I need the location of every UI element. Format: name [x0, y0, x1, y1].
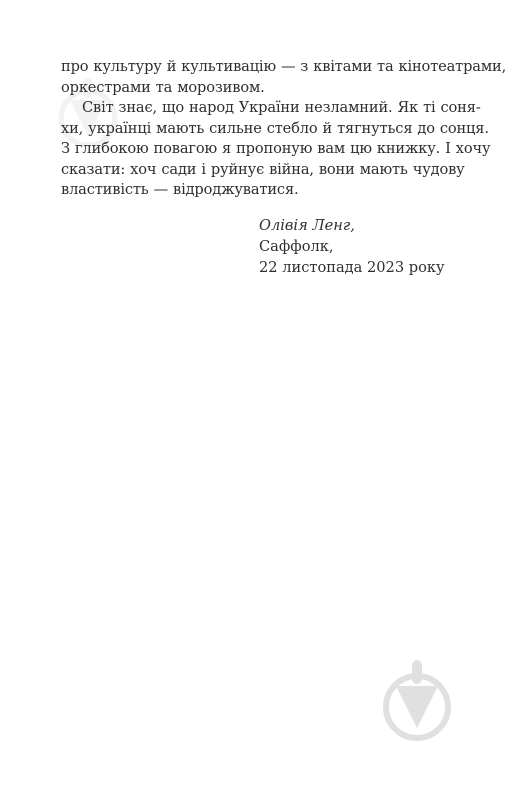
signature-date: 22 листопада 2023 року: [259, 257, 445, 278]
text-line: сказати: хоч сади і руйнує війна, вони м…: [61, 160, 437, 181]
text-line: хи, українці мають сильне стебло й тягну…: [61, 119, 437, 140]
paragraph-continuation: про культуру й культивацію — з квітами т…: [61, 57, 437, 98]
signature-block: Олівія Ленг, Саффолк, 22 листопада 2023 …: [259, 215, 445, 278]
trowel-circle-icon: [380, 658, 454, 744]
watermark-logo-bottom: [380, 658, 454, 744]
text-line: про культуру й культивацію — з квітами т…: [61, 57, 437, 78]
signature-place: Саффолк,: [259, 236, 445, 257]
paragraph-dedication: Світ знає, що народ України незламний. Я…: [61, 98, 437, 201]
signature-author: Олівія Ленг,: [259, 215, 445, 236]
text-line: Світ знає, що народ України незламний. Я…: [61, 98, 437, 119]
text-line: З глибокою повагою я пропоную вам цю кни…: [61, 139, 437, 160]
text-line: оркестрами та морозивом.: [61, 78, 437, 99]
text-line: властивість — відроджуватися.: [61, 180, 437, 201]
page-body: про культуру й культивацію — з квітами т…: [61, 57, 437, 201]
